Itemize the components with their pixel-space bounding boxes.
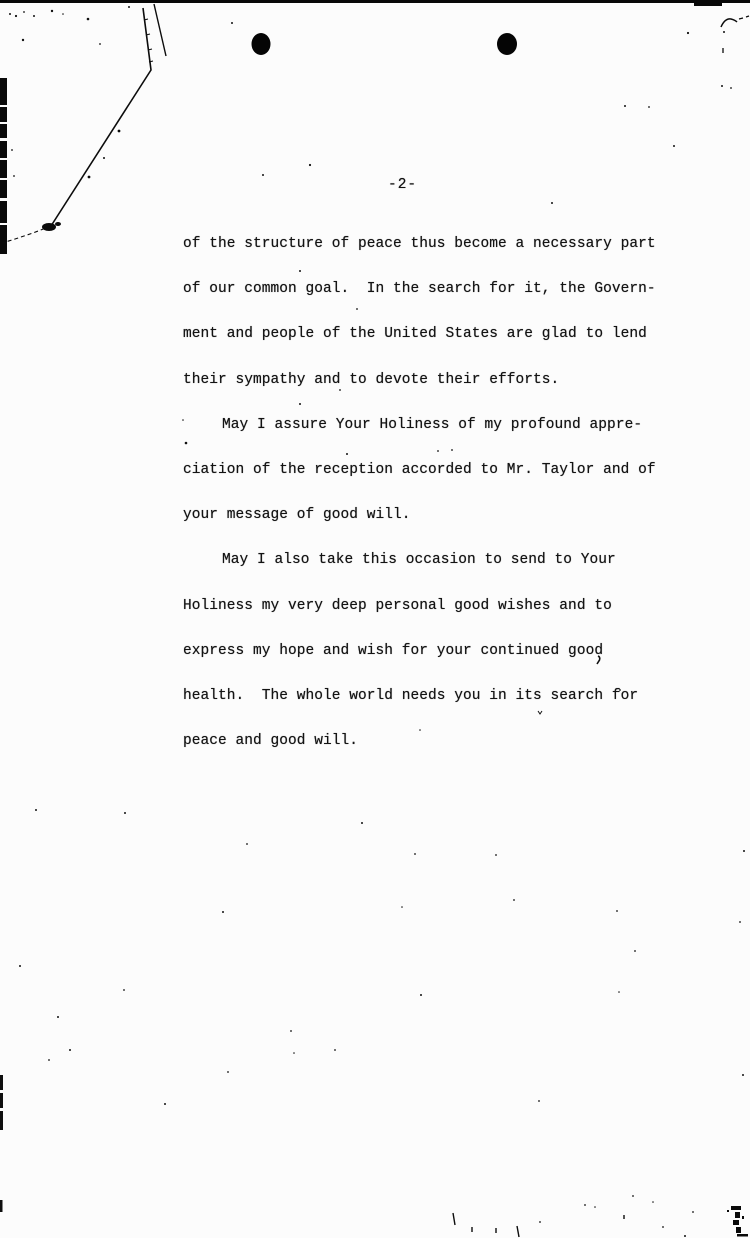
page-number: -2- [388,177,417,193]
typed-line: May I also take this occasion to send to… [183,538,683,583]
typed-line: peace and good will. [183,719,683,764]
typed-line: Holiness my very deep personal good wish… [183,584,683,629]
typed-line: ciation of the reception accorded to Mr.… [183,448,683,493]
typed-line: health. The whole world needs you in its… [183,674,683,719]
left-edge-scan-strip [0,78,7,1212]
typed-line: express my hope and wish for your contin… [183,629,683,674]
fold-crease-line [2,4,166,243]
letter-body: of the structure of peace thus become a … [183,222,683,764]
ink-smudge-bottom-right [727,1206,748,1237]
hole-punch-dot-left [252,33,271,55]
typed-line: of our common goal. In the search for it… [183,267,683,312]
typed-line: their sympathy and to devote their effor… [183,358,683,403]
typed-line: May I assure Your Holiness of my profoun… [183,403,683,448]
typed-line: your message of good will. [183,493,683,538]
hole-punch-dot-right [497,33,517,55]
crease-ink-blob [42,130,120,231]
scanned-document-page: -2- of the structure of peace thus becom… [0,0,750,1238]
typed-line: of the structure of peace thus become a … [183,222,683,267]
typed-line: ment and people of the United States are… [183,312,683,357]
stray-marks-bottom [453,1213,624,1237]
scan-edge-top [0,0,750,6]
handwritten-mark-top-right [721,16,749,53]
